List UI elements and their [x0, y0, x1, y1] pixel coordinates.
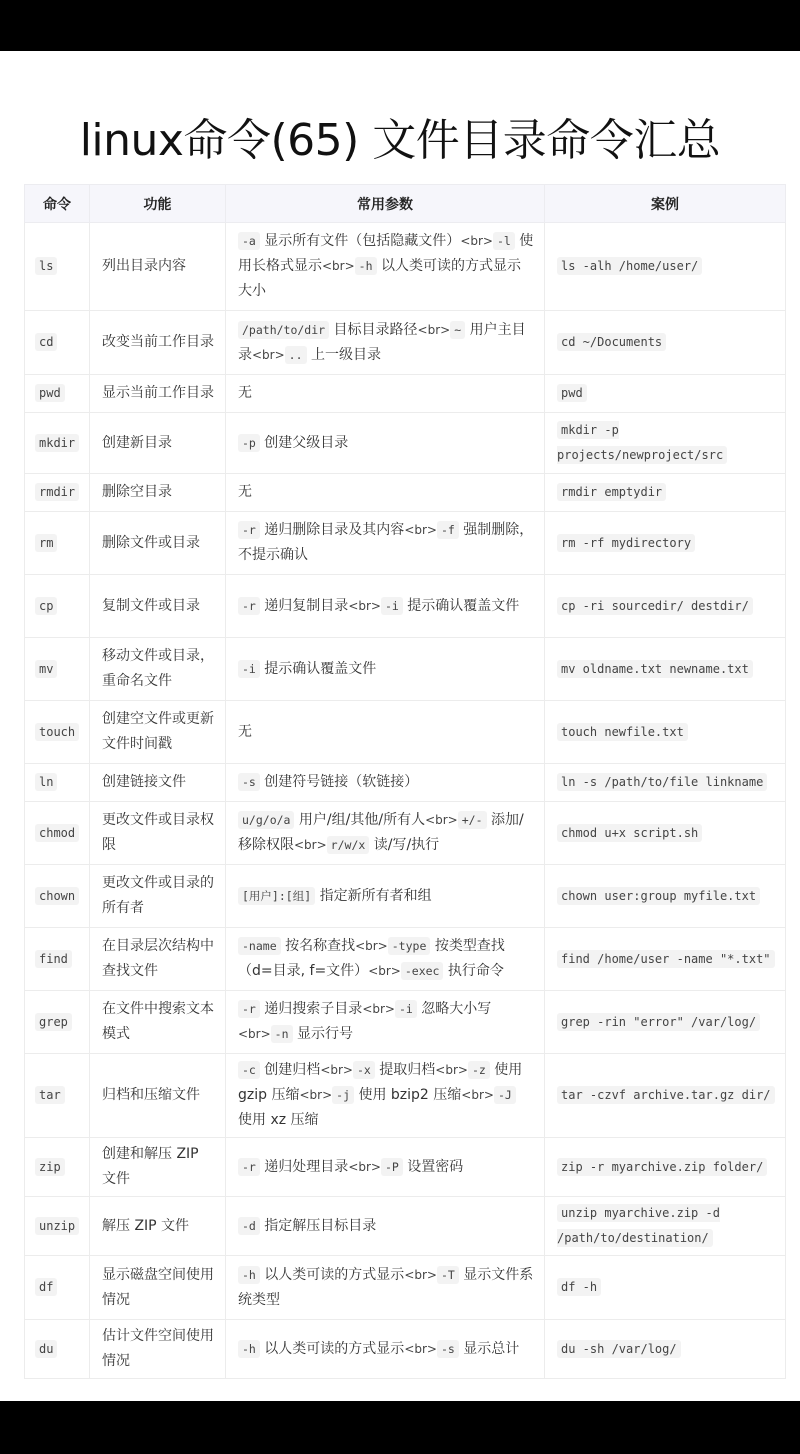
table-row-grep: grep 在文件中搜索文本模式 -r 递归搜索子目录<br>-i 忽略大小写 <… — [25, 991, 786, 1054]
param-desc: 显示所有文件（包括隐藏文件） — [260, 233, 460, 249]
br-literal: <br> — [368, 964, 401, 978]
command-name: chown — [35, 887, 79, 905]
function-cell: 显示磁盘空间使用情况 — [90, 1256, 226, 1320]
example-cell: mv oldname.txt newname.txt — [545, 638, 786, 701]
function-cell: 更改文件或目录的所有者 — [90, 865, 226, 928]
example-code: rmdir emptydir — [557, 483, 666, 501]
command-name: find — [35, 950, 72, 968]
param-flag: ~ — [450, 321, 465, 339]
command-cell: touch — [25, 701, 90, 764]
br-literal: <br> — [355, 939, 388, 953]
params-cell: -r 递归删除目录及其内容<br>-f 强制删除，不提示确认 — [226, 512, 545, 575]
param-desc: 以人类可读的方式显示 — [260, 1341, 404, 1357]
param-desc: 指定解压目标目录 — [260, 1218, 376, 1234]
params-cell: -i 提示确认覆盖文件 — [226, 638, 545, 701]
command-name: rm — [35, 534, 57, 552]
br-literal: <br> — [404, 1342, 437, 1356]
params-cell: -c 创建归档<br>-x 提取归档<br>-z 使用 gzip 压缩<br>-… — [226, 1054, 545, 1138]
param-desc: 提取归档 — [375, 1062, 435, 1078]
example-cell: chmod u+x script.sh — [545, 802, 786, 865]
br-literal: <br> — [299, 1088, 332, 1102]
example-code: chmod u+x script.sh — [557, 824, 702, 842]
table-row-rm: rm 删除文件或目录 -r 递归删除目录及其内容<br>-f 强制删除，不提示确… — [25, 512, 786, 575]
example-cell: rmdir emptydir — [545, 474, 786, 512]
param-flag: -z — [468, 1061, 490, 1079]
table-row-chown: chown 更改文件或目录的所有者 [用户]:[组] 指定新所有者和组 chow… — [25, 865, 786, 928]
param-flag: -s — [437, 1340, 459, 1358]
command-name: chmod — [35, 824, 79, 842]
function-cell: 列出目录内容 — [90, 223, 226, 311]
function-cell: 删除空目录 — [90, 474, 226, 512]
example-cell: rm -rf mydirectory — [545, 512, 786, 575]
param-desc: 递归处理目录 — [260, 1159, 348, 1175]
param-flag: -l — [493, 232, 515, 250]
table-header-row: 命令 功能 常用参数 案例 — [25, 185, 786, 223]
example-cell: find /home/user -name "*.txt" — [545, 928, 786, 991]
example-code: zip -r myarchive.zip folder/ — [557, 1158, 767, 1176]
command-cell: rm — [25, 512, 90, 575]
param-flag: -h — [238, 1340, 260, 1358]
param-flag: [用户]:[组] — [238, 887, 315, 905]
command-name: touch — [35, 723, 79, 741]
params-cell: 无 — [226, 375, 545, 413]
function-cell: 解压 ZIP 文件 — [90, 1197, 226, 1256]
param-desc: 显示行号 — [293, 1026, 353, 1042]
params-cell: -r 递归处理目录<br>-P 设置密码 — [226, 1138, 545, 1197]
table-row-mv: mv 移动文件或目录，重命名文件 -i 提示确认覆盖文件 mv oldname.… — [25, 638, 786, 701]
example-cell: ln -s /path/to/file linkname — [545, 764, 786, 802]
command-table: 命令 功能 常用参数 案例 ls 列出目录内容 -a 显示所有文件（包括隐藏文件… — [24, 184, 786, 1379]
param-flag: -d — [238, 1217, 260, 1235]
table-row-cd: cd 改变当前工作目录 /path/to/dir 目标目录路径<br>~ 用户主… — [25, 311, 786, 375]
example-cell: grep -rin "error" /var/log/ — [545, 991, 786, 1054]
command-cell: rmdir — [25, 474, 90, 512]
example-cell: cd ~/Documents — [545, 311, 786, 375]
bottom-black-bar — [0, 1401, 800, 1454]
table-row-touch: touch 创建空文件或更新文件时间戳 无 touch newfile.txt — [25, 701, 786, 764]
param-desc: 设置密码 — [403, 1159, 463, 1175]
example-code: tar -czvf archive.tar.gz dir/ — [557, 1086, 775, 1104]
command-cell: cp — [25, 575, 90, 638]
example-cell: df -h — [545, 1256, 786, 1320]
br-literal: <br> — [252, 348, 285, 362]
params-cell: -p 创建父级目录 — [226, 413, 545, 474]
param-desc: 目标目录路径 — [329, 322, 417, 338]
page-title: linux命令(65) 文件目录命令汇总 — [0, 111, 800, 171]
br-literal: <br> — [362, 1002, 395, 1016]
command-cell: tar — [25, 1054, 90, 1138]
params-cell: 无 — [226, 474, 545, 512]
param-desc: 使用 xz 压缩 — [238, 1112, 319, 1128]
command-name: rmdir — [35, 483, 79, 501]
param-flag: -p — [238, 434, 260, 452]
command-cell: du — [25, 1320, 90, 1379]
example-code: pwd — [557, 384, 587, 402]
param-desc: 无 — [238, 484, 252, 500]
example-cell: tar -czvf archive.tar.gz dir/ — [545, 1054, 786, 1138]
command-name: mkdir — [35, 434, 79, 452]
param-desc: 执行命令 — [443, 963, 503, 979]
param-flag: -j — [332, 1086, 354, 1104]
param-desc: 以人类可读的方式显示 — [260, 1267, 404, 1283]
table-body: ls 列出目录内容 -a 显示所有文件（包括隐藏文件）<br>-l 使用长格式显… — [25, 223, 786, 1379]
param-flag: -r — [238, 1000, 260, 1018]
command-cell: df — [25, 1256, 90, 1320]
param-flag: +/- — [458, 811, 487, 829]
command-cell: chmod — [25, 802, 90, 865]
br-literal: <br> — [460, 234, 493, 248]
br-literal: <br> — [404, 1268, 437, 1282]
param-desc: 提示确认覆盖文件 — [260, 661, 376, 677]
function-cell: 删除文件或目录 — [90, 512, 226, 575]
command-name: cp — [35, 597, 57, 615]
example-cell: du -sh /var/log/ — [545, 1320, 786, 1379]
example-code: touch newfile.txt — [557, 723, 688, 741]
param-flag: -s — [238, 773, 260, 791]
params-cell: -d 指定解压目标目录 — [226, 1197, 545, 1256]
br-literal: <br> — [320, 1063, 353, 1077]
example-code: ln -s /path/to/file linkname — [557, 773, 767, 791]
command-cell: pwd — [25, 375, 90, 413]
table-row-du: du 估计文件空间使用情况 -h 以人类可读的方式显示<br>-s 显示总计 d… — [25, 1320, 786, 1379]
param-desc: 无 — [238, 385, 252, 401]
param-flag: -i — [381, 597, 403, 615]
param-flag: -h — [355, 257, 377, 275]
function-cell: 创建链接文件 — [90, 764, 226, 802]
table-row-ln: ln 创建链接文件 -s 创建符号链接（软链接） ln -s /path/to/… — [25, 764, 786, 802]
params-cell: 无 — [226, 701, 545, 764]
example-cell: pwd — [545, 375, 786, 413]
param-desc: 递归搜索子目录 — [260, 1001, 362, 1017]
param-flag: u/g/o/a — [238, 811, 294, 829]
param-flag: -T — [437, 1266, 459, 1284]
example-code: grep -rin "error" /var/log/ — [557, 1013, 760, 1031]
table-row-mkdir: mkdir 创建新目录 -p 创建父级目录 mkdir -p projects/… — [25, 413, 786, 474]
example-cell: mkdir -p projects/newproject/src — [545, 413, 786, 474]
command-cell: grep — [25, 991, 90, 1054]
param-desc: 指定新所有者和组 — [315, 888, 431, 904]
param-desc: 用户/组/其他/所有人 — [294, 812, 425, 828]
table-row-rmdir: rmdir 删除空目录 无 rmdir emptydir — [25, 474, 786, 512]
params-cell: -r 递归搜索子目录<br>-i 忽略大小写 <br>-n 显示行号 — [226, 991, 545, 1054]
header-params: 常用参数 — [226, 185, 545, 223]
param-flag: -name — [238, 937, 281, 955]
table-row-unzip: unzip 解压 ZIP 文件 -d 指定解压目标目录 unzip myarch… — [25, 1197, 786, 1256]
br-literal: <br> — [294, 838, 327, 852]
command-name: cd — [35, 333, 57, 351]
command-cell: ln — [25, 764, 90, 802]
command-name: tar — [35, 1086, 65, 1104]
example-code: df -h — [557, 1278, 601, 1296]
param-flag: -J — [494, 1086, 516, 1104]
table-row-tar: tar 归档和压缩文件 -c 创建归档<br>-x 提取归档<br>-z 使用 … — [25, 1054, 786, 1138]
br-literal: <br> — [435, 1063, 468, 1077]
command-name: pwd — [35, 384, 65, 402]
command-name: grep — [35, 1013, 72, 1031]
command-name: mv — [35, 660, 57, 678]
command-name: zip — [35, 1158, 65, 1176]
param-desc: 按名称查找 — [281, 938, 355, 954]
function-cell: 在目录层次结构中查找文件 — [90, 928, 226, 991]
param-desc: 创建符号链接（软链接） — [260, 774, 418, 790]
top-black-bar — [0, 0, 800, 51]
example-cell: chown user:group myfile.txt — [545, 865, 786, 928]
br-literal: <br> — [238, 1027, 271, 1041]
params-cell: -s 创建符号链接（软链接） — [226, 764, 545, 802]
function-cell: 复制文件或目录 — [90, 575, 226, 638]
params-cell: /path/to/dir 目标目录路径<br>~ 用户主目录<br>.. 上一级… — [226, 311, 545, 375]
example-code: rm -rf mydirectory — [557, 534, 695, 552]
param-flag: -c — [238, 1061, 260, 1079]
table-row-chmod: chmod 更改文件或目录权限 u/g/o/a 用户/组/其他/所有人<br>+… — [25, 802, 786, 865]
table-row-zip: zip 创建和解压 ZIP 文件 -r 递归处理目录<br>-P 设置密码 zi… — [25, 1138, 786, 1197]
params-cell: -name 按名称查找<br>-type 按类型查找（d=目录, f=文件）<b… — [226, 928, 545, 991]
function-cell: 显示当前工作目录 — [90, 375, 226, 413]
param-desc: 创建归档 — [260, 1062, 320, 1078]
header-example: 案例 — [545, 185, 786, 223]
example-cell: touch newfile.txt — [545, 701, 786, 764]
br-literal: <br> — [348, 599, 381, 613]
param-flag: -P — [381, 1158, 403, 1176]
example-code: mv oldname.txt newname.txt — [557, 660, 753, 678]
br-literal: <br> — [418, 323, 451, 337]
table-row-cp: cp 复制文件或目录 -r 递归复制目录<br>-i 提示确认覆盖文件 cp -… — [25, 575, 786, 638]
param-desc: 上一级目录 — [307, 347, 381, 363]
document-page: linux命令(65) 文件目录命令汇总 命令 功能 常用参数 案例 ls 列出… — [0, 51, 800, 1401]
param-flag: -type — [388, 937, 431, 955]
param-desc: 使用 bzip2 压缩 — [354, 1087, 461, 1103]
param-desc: 读/写/执行 — [369, 837, 439, 853]
params-cell: -h 以人类可读的方式显示<br>-T 显示文件系统类型 — [226, 1256, 545, 1320]
param-flag: -n — [271, 1025, 293, 1043]
params-cell: -r 递归复制目录<br>-i 提示确认覆盖文件 — [226, 575, 545, 638]
table-row-ls: ls 列出目录内容 -a 显示所有文件（包括隐藏文件）<br>-l 使用长格式显… — [25, 223, 786, 311]
param-desc: 显示总计 — [459, 1341, 519, 1357]
table-row-find: find 在目录层次结构中查找文件 -name 按名称查找<br>-type 按… — [25, 928, 786, 991]
example-code: cp -ri sourcedir/ destdir/ — [557, 597, 753, 615]
param-flag: -i — [395, 1000, 417, 1018]
example-code: find /home/user -name "*.txt" — [557, 950, 775, 968]
command-name: ls — [35, 257, 57, 275]
param-desc: 提示确认覆盖文件 — [403, 598, 519, 614]
param-flag: .. — [285, 346, 307, 364]
example-cell: ls -alh /home/user/ — [545, 223, 786, 311]
params-cell: -a 显示所有文件（包括隐藏文件）<br>-l 使用长格式显示<br>-h 以人… — [226, 223, 545, 311]
br-literal: <br> — [348, 1160, 381, 1174]
function-cell: 创建空文件或更新文件时间戳 — [90, 701, 226, 764]
table-row-pwd: pwd 显示当前工作目录 无 pwd — [25, 375, 786, 413]
param-flag: -r — [238, 597, 260, 615]
br-literal: <br> — [322, 259, 355, 273]
param-flag: -i — [238, 660, 260, 678]
example-cell: zip -r myarchive.zip folder/ — [545, 1138, 786, 1197]
example-code: du -sh /var/log/ — [557, 1340, 681, 1358]
command-name: du — [35, 1340, 57, 1358]
param-flag: -r — [238, 1158, 260, 1176]
command-cell: chown — [25, 865, 90, 928]
function-cell: 在文件中搜索文本模式 — [90, 991, 226, 1054]
param-desc: 创建父级目录 — [260, 435, 348, 451]
command-cell: cd — [25, 311, 90, 375]
command-cell: mv — [25, 638, 90, 701]
param-flag: -a — [238, 232, 260, 250]
param-flag: -x — [353, 1061, 375, 1079]
function-cell: 归档和压缩文件 — [90, 1054, 226, 1138]
param-flag: -exec — [401, 962, 444, 980]
params-cell: [用户]:[组] 指定新所有者和组 — [226, 865, 545, 928]
function-cell: 创建和解压 ZIP 文件 — [90, 1138, 226, 1197]
example-code: unzip myarchive.zip -d /path/to/destinat… — [557, 1204, 720, 1247]
param-desc: 忽略大小写 — [417, 1001, 491, 1017]
param-flag: -r — [238, 521, 260, 539]
command-cell: ls — [25, 223, 90, 311]
command-name: unzip — [35, 1217, 79, 1235]
params-cell: -h 以人类可读的方式显示<br>-s 显示总计 — [226, 1320, 545, 1379]
command-cell: find — [25, 928, 90, 991]
command-cell: zip — [25, 1138, 90, 1197]
param-flag: -f — [437, 521, 459, 539]
header-command: 命令 — [25, 185, 90, 223]
table-row-df: df 显示磁盘空间使用情况 -h 以人类可读的方式显示<br>-T 显示文件系统… — [25, 1256, 786, 1320]
br-literal: <br> — [425, 813, 458, 827]
param-flag: -h — [238, 1266, 260, 1284]
function-cell: 改变当前工作目录 — [90, 311, 226, 375]
example-code: mkdir -p projects/newproject/src — [557, 421, 727, 464]
function-cell: 更改文件或目录权限 — [90, 802, 226, 865]
command-name: df — [35, 1278, 57, 1296]
function-cell: 创建新目录 — [90, 413, 226, 474]
command-cell: unzip — [25, 1197, 90, 1256]
example-cell: cp -ri sourcedir/ destdir/ — [545, 575, 786, 638]
param-desc: 递归删除目录及其内容 — [260, 522, 404, 538]
params-cell: u/g/o/a 用户/组/其他/所有人<br>+/- 添加/移除权限<br>r/… — [226, 802, 545, 865]
function-cell: 估计文件空间使用情况 — [90, 1320, 226, 1379]
param-flag: r/w/x — [327, 836, 370, 854]
br-literal: <br> — [461, 1088, 494, 1102]
example-code: cd ~/Documents — [557, 333, 666, 351]
param-desc: 无 — [238, 724, 252, 740]
header-function: 功能 — [90, 185, 226, 223]
br-literal: <br> — [404, 523, 437, 537]
command-name: ln — [35, 773, 57, 791]
param-desc: 递归复制目录 — [260, 598, 348, 614]
function-cell: 移动文件或目录，重命名文件 — [90, 638, 226, 701]
example-cell: unzip myarchive.zip -d /path/to/destinat… — [545, 1197, 786, 1256]
example-code: ls -alh /home/user/ — [557, 257, 702, 275]
example-code: chown user:group myfile.txt — [557, 887, 760, 905]
param-flag: /path/to/dir — [238, 321, 329, 339]
command-cell: mkdir — [25, 413, 90, 474]
